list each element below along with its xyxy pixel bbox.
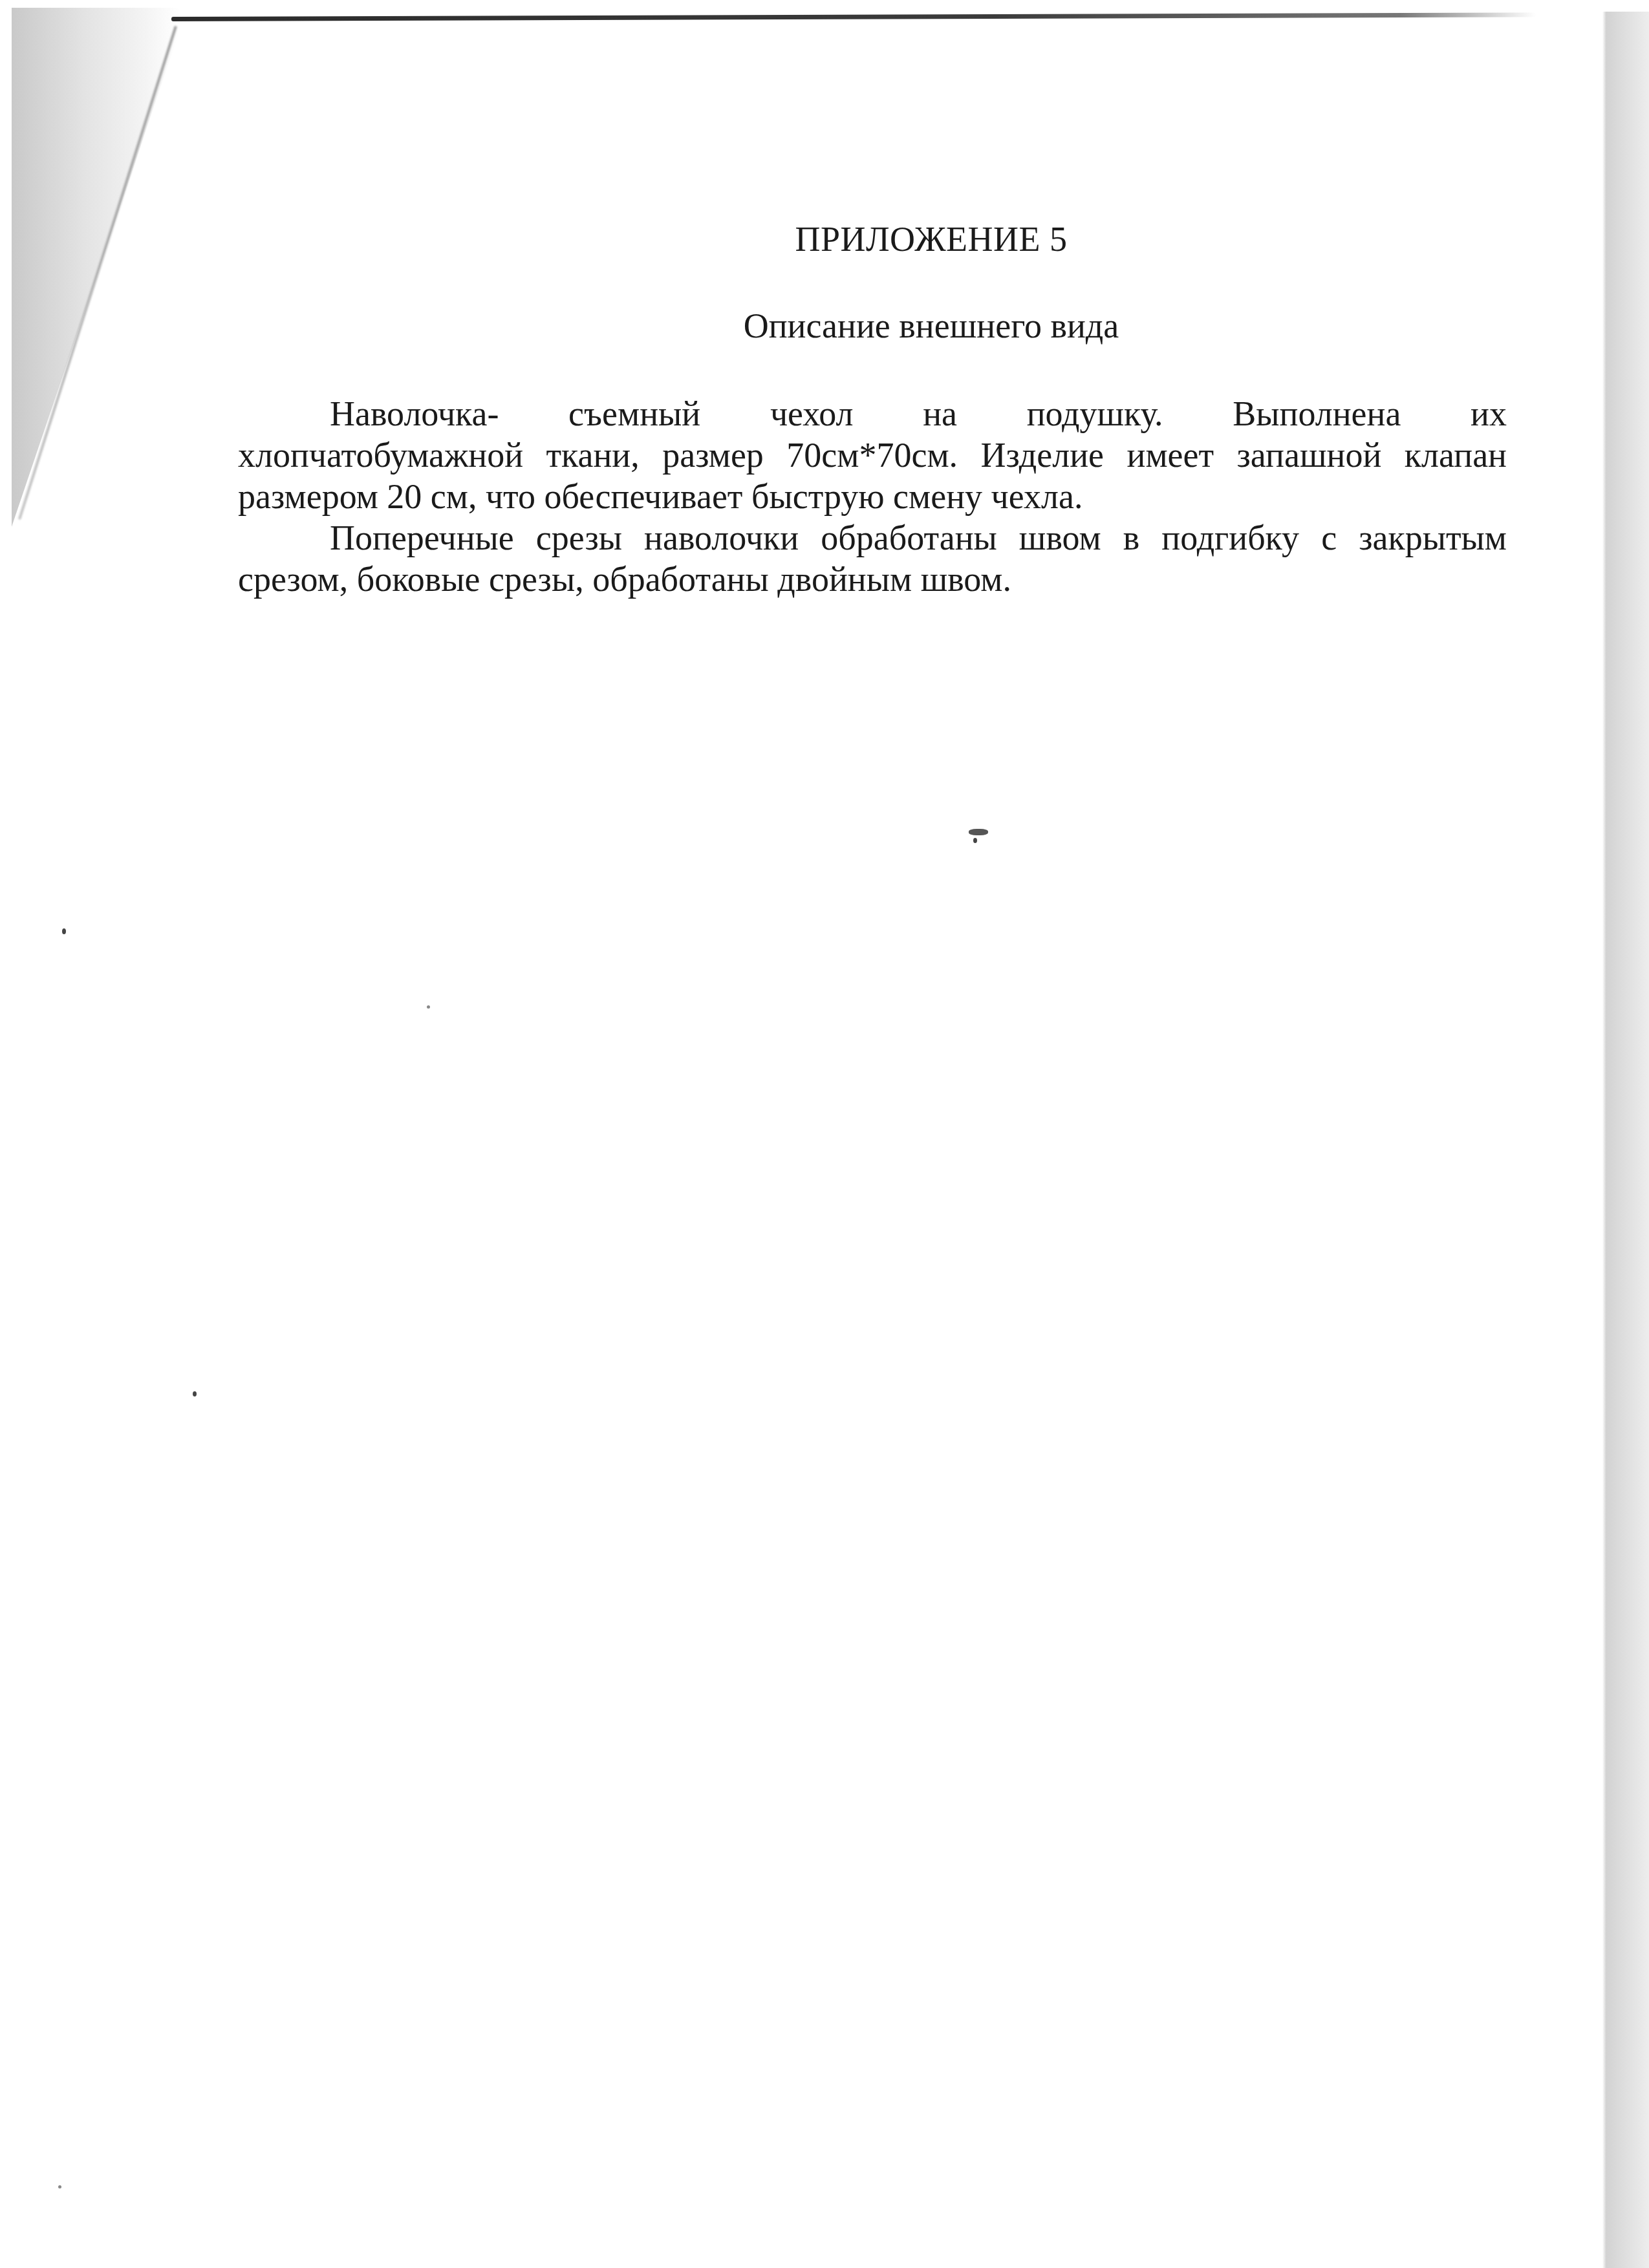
text-line: срезом, боковые срезы, обработаны двойны…	[238, 559, 1507, 600]
text-line: Поперечные срезы наволочки обработаны шв…	[238, 517, 1507, 559]
text-line: хлопчатобумажной ткани, размер 70см*70см…	[238, 434, 1507, 476]
document-body: Наволочка- съемный чехол на подушку. Вып…	[238, 393, 1507, 600]
paragraph-description: Наволочка- съемный чехол на подушку. Вып…	[238, 393, 1507, 517]
text-line: Наволочка- съемный чехол на подушку. Вып…	[238, 393, 1507, 434]
section-title: Описание внешнего вида	[0, 305, 1649, 347]
appendix-title: ПРИЛОЖЕНИЕ 5	[0, 219, 1649, 260]
text-line: размером 20 см, что обеспечивает быструю…	[238, 476, 1507, 517]
document-page: ПРИЛОЖЕНИЕ 5 Описание внешнего вида Наво…	[0, 0, 1649, 2268]
paragraph-seams: Поперечные срезы наволочки обработаны шв…	[238, 517, 1507, 600]
